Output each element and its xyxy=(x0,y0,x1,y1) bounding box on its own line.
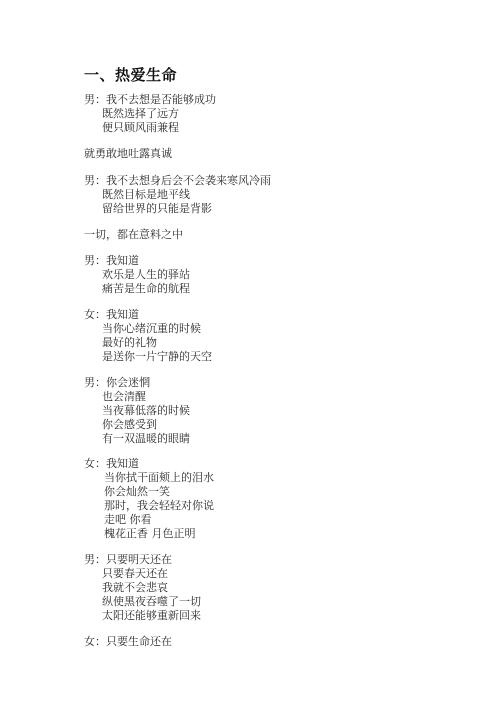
poem-line: 既然目标是地平线 xyxy=(102,188,190,202)
poem-line: 最好的礼物 xyxy=(102,336,157,350)
poem-line: 当你心绪沉重的时候 xyxy=(102,322,201,336)
poem-line: 槐花正香 月色正明 xyxy=(104,527,196,541)
poem-line: 也会清醒 xyxy=(102,390,146,404)
poem-line: 男：你会迷惘 xyxy=(84,376,150,390)
poem-line: 男：只要明天还在 xyxy=(84,553,172,567)
poem-line: 痛苦是生命的航程 xyxy=(102,282,190,296)
poem-line: 既然选择了远方 xyxy=(102,107,179,121)
poem-line: 有一双温暖的眼睛 xyxy=(102,432,190,446)
poem-line: 当夜幕低落的时候 xyxy=(102,404,190,418)
poem-line: 女：我知道 xyxy=(84,457,139,471)
poem-line: 男：我不去想是否能够成功 xyxy=(84,93,216,107)
poem-line: 你会感受到 xyxy=(102,418,157,432)
poem-line: 只要春天还在 xyxy=(102,567,168,581)
poem-line: 是送你一片宁静的天空 xyxy=(102,350,212,364)
poem-line: 我就不会悲哀 xyxy=(102,581,168,595)
poem-line: 欢乐是人生的驿站 xyxy=(102,268,190,282)
poem-line: 那时，我会轻轻对你说 xyxy=(104,499,214,513)
poem-line: 太阳还能够重新回来 xyxy=(102,609,201,623)
poem-line: 一切，都在意料之中 xyxy=(84,228,183,242)
poem-line: 你会灿然一笑 xyxy=(104,485,170,499)
poem-line: 男：我知道 xyxy=(84,254,139,268)
poem-line: 便只顾风雨兼程 xyxy=(102,121,179,135)
poem-line: 就勇敢地吐露真诚 xyxy=(84,147,172,161)
section-title: 一、热爱生命 xyxy=(84,64,177,85)
poem-line: 纵使黑夜吞噬了一切 xyxy=(102,595,201,609)
poem-line: 男：我不去想身后会不会袭来寒风冷雨 xyxy=(84,174,271,188)
poem-line: 留给世界的只能是背影 xyxy=(102,202,212,216)
poem-line: 女：我知道 xyxy=(84,308,139,322)
poem-line: 女：只要生命还在 xyxy=(84,635,172,649)
poem-line: 走吧 你看 xyxy=(104,513,152,527)
poem-line: 当你拭干面颊上的泪水 xyxy=(104,471,214,485)
